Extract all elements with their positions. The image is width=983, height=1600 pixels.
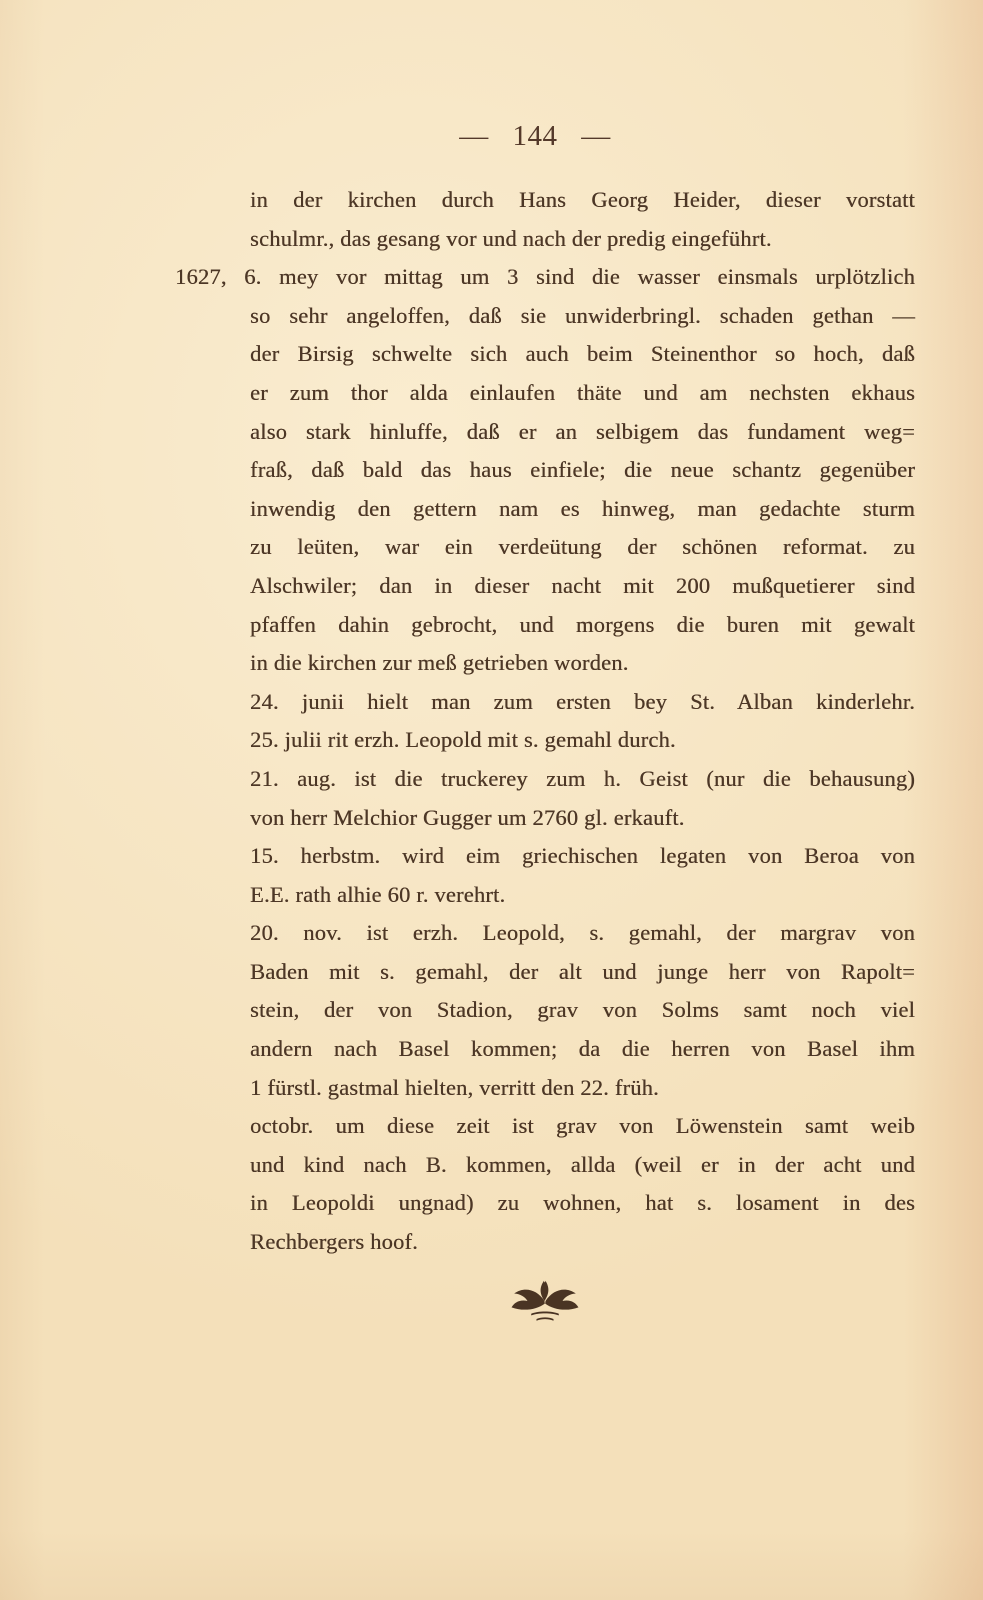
text-line: in der kirchen durch Hans Georg Heider, … xyxy=(250,181,915,220)
text-line: 24. junii hielt man zum ersten bey St. A… xyxy=(250,683,915,722)
fleuron-ornament-icon xyxy=(511,1279,579,1325)
book-page: — 144 — in der kirchen durch Hans Georg … xyxy=(0,0,983,1600)
page-number-header: — 144 — xyxy=(210,120,860,153)
text-line: er zum thor alda einlaufen thäte und am … xyxy=(250,374,915,413)
text-line: stein, der von Stadion, grav von Solms s… xyxy=(250,991,915,1030)
text-line: Alschwiler; dan in dieser nacht mit 200 … xyxy=(250,567,915,606)
text-line: der Birsig schwelte sich auch beim Stein… xyxy=(250,335,915,374)
text-line: 1627, 6. mey vor mittag um 3 sind die wa… xyxy=(250,258,915,297)
text-line: also stark hinluffe, daß er an selbigem … xyxy=(250,413,915,452)
text-line: 15. herbstm. wird eim griechischen legat… xyxy=(250,837,915,876)
text-line: von herr Melchior Gugger um 2760 gl. erk… xyxy=(250,799,915,838)
text-line: octobr. um diese zeit ist grav von Löwen… xyxy=(250,1107,915,1146)
text-line: Rechbergers hoof. xyxy=(250,1223,915,1262)
text-line: 1 fürstl. gastmal hielten, verritt den 2… xyxy=(250,1069,915,1108)
body-text: in der kirchen durch Hans Georg Heider, … xyxy=(250,181,915,1262)
text-line: und kind nach B. kommen, allda (weil er … xyxy=(250,1146,915,1185)
text-line: fraß, daß bald das haus einfiele; die ne… xyxy=(250,451,915,490)
text-line: 25. julii rit erzh. Leopold mit s. gemah… xyxy=(250,721,915,760)
text-line: in die kirchen zur meß getrieben worden. xyxy=(250,644,915,683)
text-line: pfaffen dahin gebrocht, und morgens die … xyxy=(250,606,915,645)
text-line: schulmr., das gesang vor und nach der pr… xyxy=(250,220,915,259)
text-line: so sehr angeloffen, daß sie unwiderbring… xyxy=(250,297,915,336)
text-line: zu leüten, war ein verdeütung der schöne… xyxy=(250,528,915,567)
text-line: E.E. rath alhie 60 r. verehrt. xyxy=(250,876,915,915)
text-line: andern nach Basel kommen; da die herren … xyxy=(250,1030,915,1069)
text-line: 21. aug. ist die truckerey zum h. Geist … xyxy=(250,760,915,799)
text-line: 20. nov. ist erzh. Leopold, s. gemahl, d… xyxy=(250,914,915,953)
text-line: inwendig den gettern nam es hinweg, man … xyxy=(250,490,915,529)
text-line: Baden mit s. gemahl, der alt und junge h… xyxy=(250,953,915,992)
text-line: in Leopoldi ungnad) zu wohnen, hat s. lo… xyxy=(250,1184,915,1223)
